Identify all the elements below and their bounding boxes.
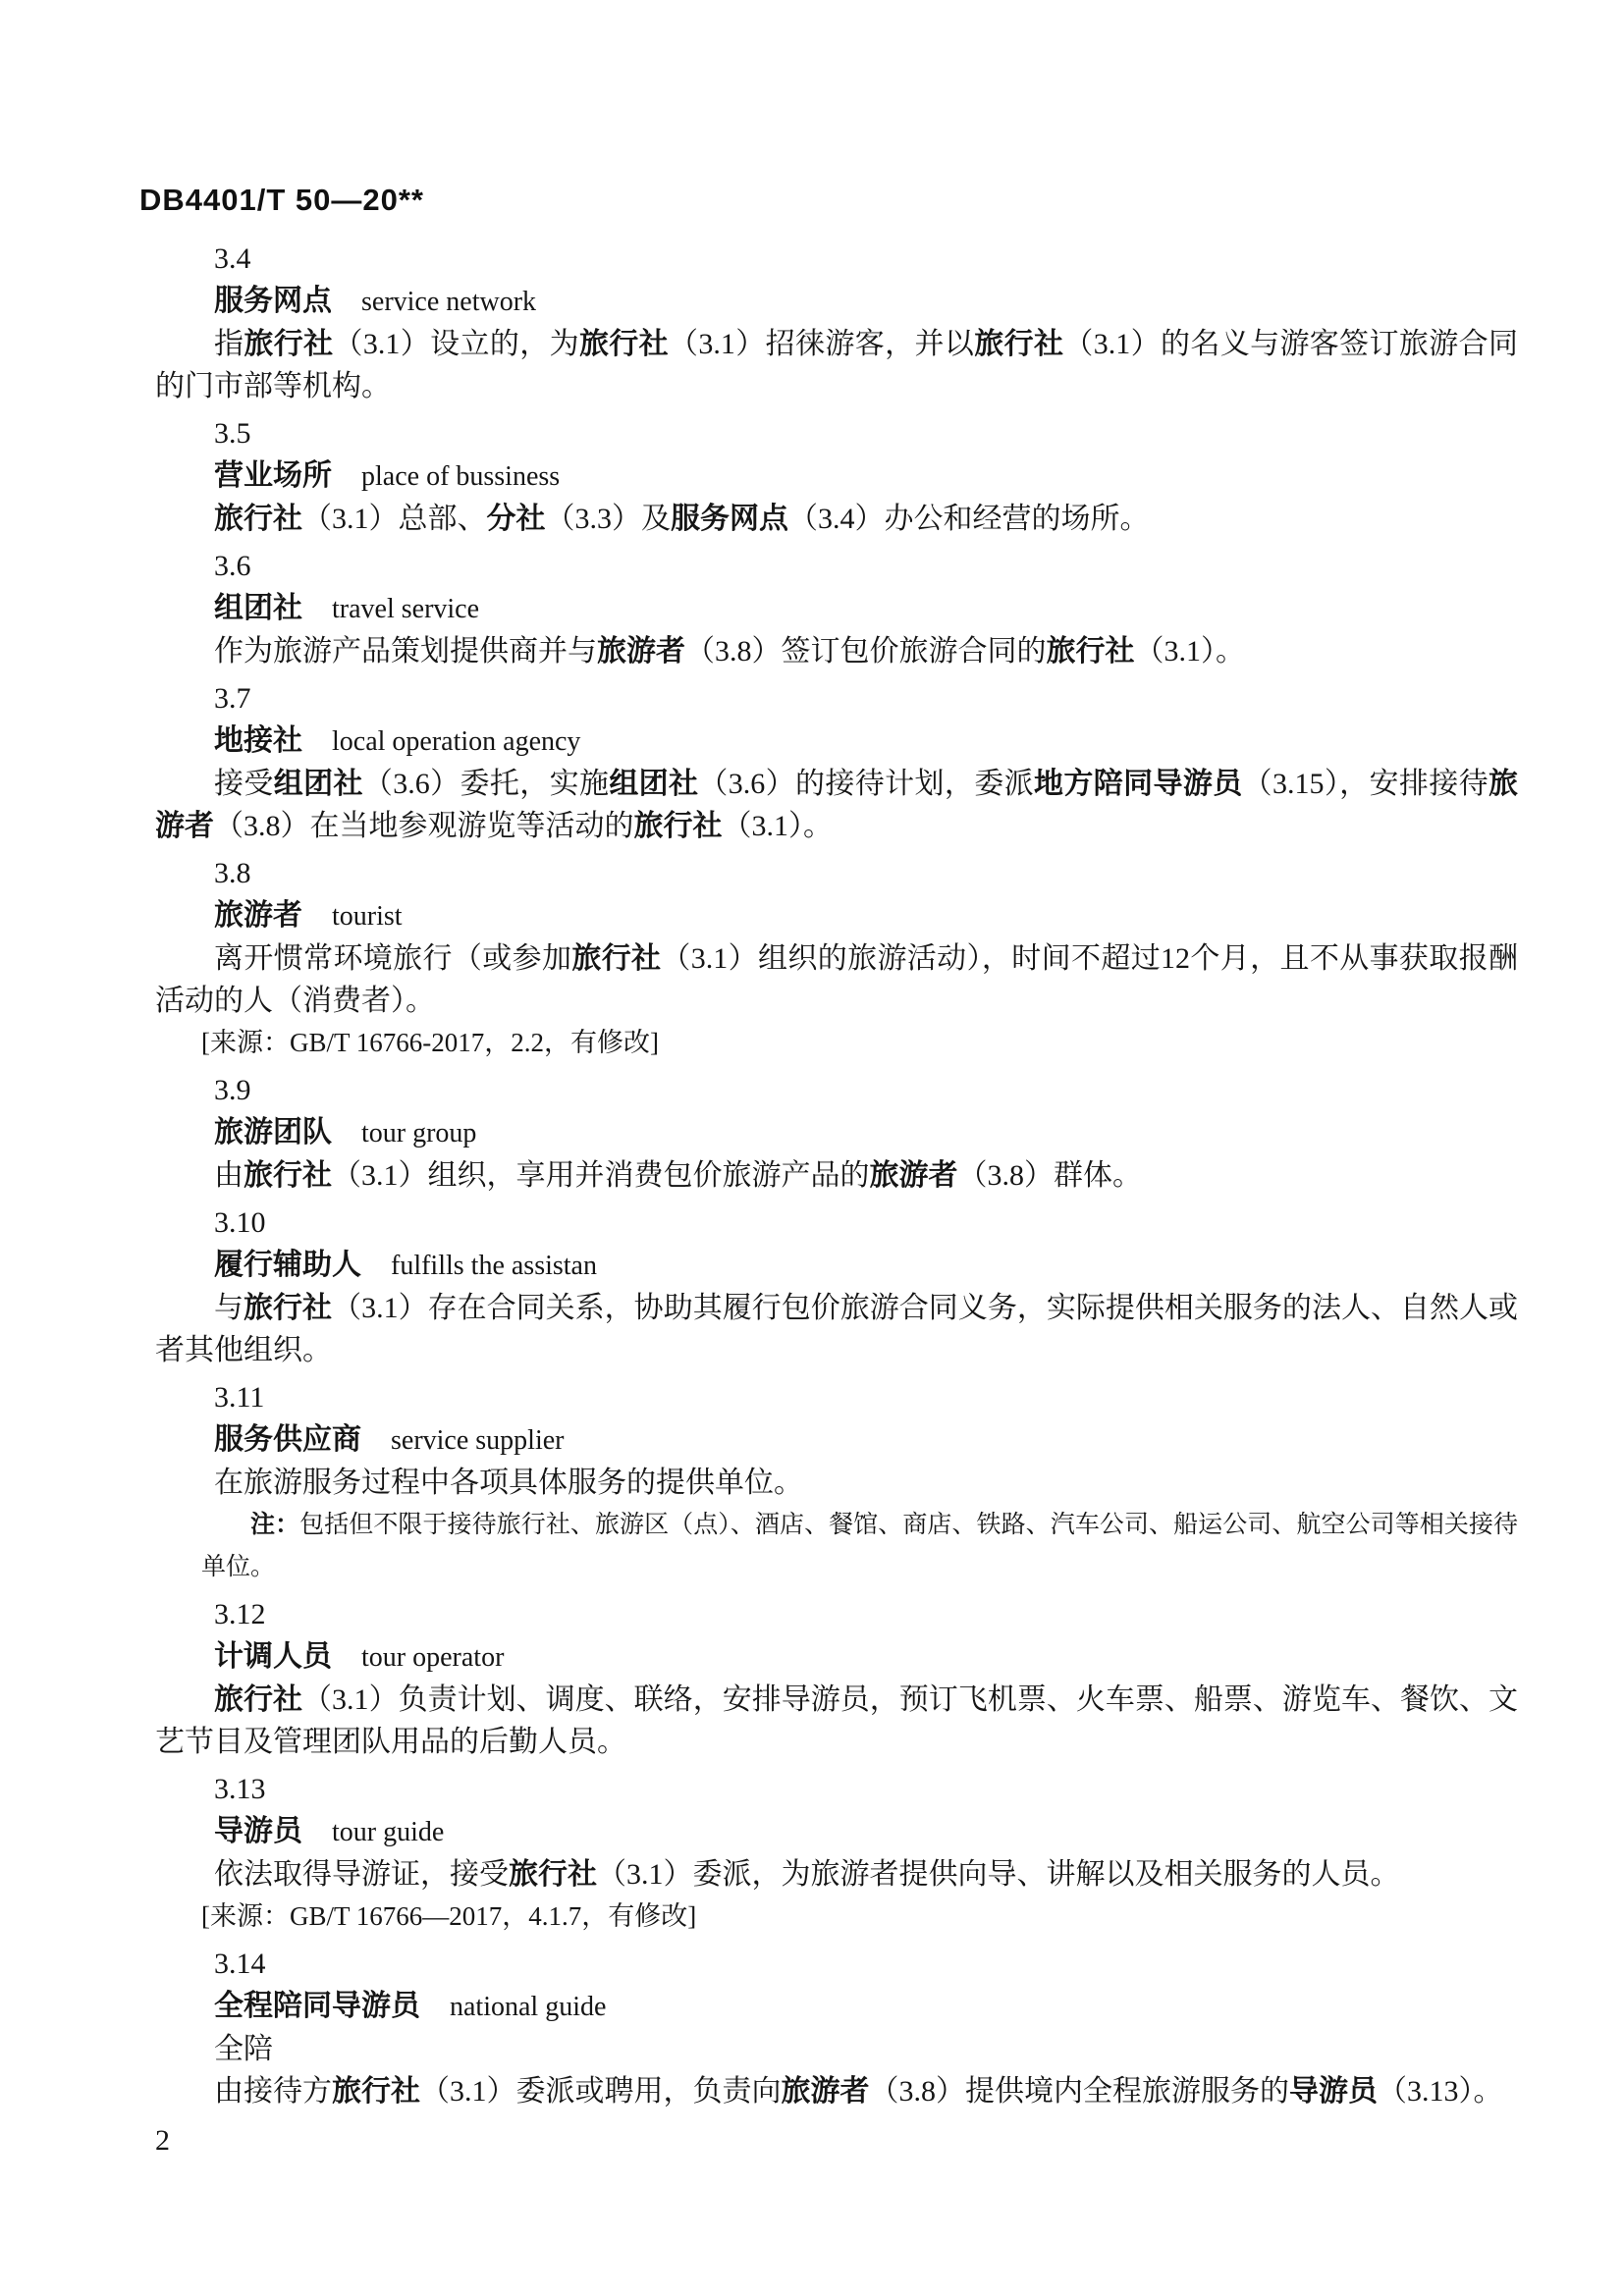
term-cn: 旅游者: [214, 899, 302, 932]
term-cn: 履行辅助人: [214, 1249, 361, 1281]
term-cn: 旅游团队: [214, 1116, 332, 1148]
term-line: 履行辅助人fulfills the assistan: [214, 1244, 1518, 1287]
term-en: travel service: [332, 594, 479, 624]
note: 注：包括但不限于接待旅行社、旅游区（点）、酒店、餐馆、商店、铁路、汽车公司、船运…: [201, 1504, 1518, 1588]
term-line: 服务供应商service supplier: [214, 1418, 1518, 1462]
term-en: service supplier: [391, 1425, 565, 1456]
definition: 接受组团社（3.6）委托，实施组团社（3.6）的接待计划，委派地方陪同导游员（3…: [155, 763, 1518, 847]
definition: 离开惯常环境旅行（或参加旅行社（3.1）组织的旅游活动），时间不超过12个月，且…: [155, 937, 1518, 1022]
term-line: 旅游者tourist: [214, 894, 1518, 937]
definition: 与旅行社（3.1）存在合同关系，协助其履行包价旅游合同义务，实际提供相关服务的法…: [155, 1287, 1518, 1371]
term-line: 组团社travel service: [214, 587, 1518, 630]
term-section: 3.13 导游员tour guide 依法取得导游证，接受旅行社（3.1）委派，…: [155, 1768, 1518, 1938]
section-number: 3.6: [214, 545, 1518, 587]
term-section: 3.4 服务网点service network 指旅行社（3.1）设立的，为旅行…: [155, 238, 1518, 407]
term-line: 地接社local operation agency: [214, 720, 1518, 763]
term-section: 3.11 服务供应商service supplier 在旅游服务过程中各项具体服…: [155, 1376, 1518, 1588]
term-line: 全程陪同导游员national guide: [214, 1985, 1518, 2028]
section-number: 3.12: [214, 1593, 1518, 1635]
note-label: 注：: [250, 1512, 299, 1538]
term-line: 服务网点service network: [214, 280, 1518, 323]
section-number: 3.13: [214, 1768, 1518, 1810]
section-number: 3.8: [214, 852, 1518, 894]
term-cn: 地接社: [214, 724, 302, 757]
page-number: 2: [155, 2124, 1624, 2158]
terms-list: 3.4 服务网点service network 指旅行社（3.1）设立的，为旅行…: [155, 238, 1518, 2112]
term-en: tour guide: [332, 1817, 444, 1847]
term-en: national guide: [450, 1992, 606, 2022]
definition: 依法取得导游证，接受旅行社（3.1）委派，为旅游者提供向导、讲解以及相关服务的人…: [155, 1853, 1518, 1896]
term-cn: 计调人员: [214, 1640, 332, 1673]
document-code-header: DB4401/T 50—20**: [139, 0, 1624, 218]
term-section: 3.5 营业场所place of bussiness 旅行社（3.1）总部、分社…: [155, 412, 1518, 540]
term-section: 3.12 计调人员tour operator 旅行社（3.1）负责计划、调度、联…: [155, 1593, 1518, 1763]
term-cn: 导游员: [214, 1815, 302, 1847]
term-en: tour operator: [361, 1642, 504, 1673]
term-cn: 服务供应商: [214, 1423, 361, 1456]
definition: 由旅行社（3.1）组织，享用并消费包价旅游产品的旅游者（3.8）群体。: [155, 1154, 1518, 1197]
source: [来源：GB/T 16766—2017，4.1.7，有修改]: [201, 1896, 1518, 1938]
definition: 旅行社（3.1）负责计划、调度、联络，安排导游员，预订飞机票、火车票、船票、游览…: [155, 1679, 1518, 1763]
term-line: 旅游团队tour group: [214, 1111, 1518, 1154]
term-synonym: 全陪: [214, 2028, 1518, 2070]
term-line: 导游员tour guide: [214, 1810, 1518, 1853]
term-line: 计调人员tour operator: [214, 1635, 1518, 1679]
definition: 在旅游服务过程中各项具体服务的提供单位。: [155, 1462, 1518, 1504]
section-number: 3.9: [214, 1069, 1518, 1111]
source: [来源：GB/T 16766-2017，2.2，有修改]: [201, 1022, 1518, 1064]
term-en: place of bussiness: [361, 461, 560, 492]
term-en: tour group: [361, 1118, 476, 1148]
section-number: 3.11: [214, 1376, 1518, 1418]
term-section: 3.9 旅游团队tour group 由旅行社（3.1）组织，享用并消费包价旅游…: [155, 1069, 1518, 1197]
term-en: tourist: [332, 901, 403, 932]
term-section: 3.6 组团社travel service 作为旅游产品策划提供商并与旅游者（3…: [155, 545, 1518, 672]
definition: 指旅行社（3.1）设立的，为旅行社（3.1）招徕游客，并以旅行社（3.1）的名义…: [155, 323, 1518, 407]
section-number: 3.4: [214, 238, 1518, 280]
term-section: 3.8 旅游者tourist 离开惯常环境旅行（或参加旅行社（3.1）组织的旅游…: [155, 852, 1518, 1064]
term-cn: 组团社: [214, 592, 302, 624]
term-en: service network: [361, 287, 536, 317]
term-en: fulfills the assistan: [391, 1251, 597, 1281]
section-number: 3.5: [214, 412, 1518, 454]
term-cn: 营业场所: [214, 459, 332, 492]
term-cn: 全程陪同导游员: [214, 1990, 420, 2022]
term-section: 3.7 地接社local operation agency 接受组团社（3.6）…: [155, 677, 1518, 847]
definition: 作为旅游产品策划提供商并与旅游者（3.8）签订包价旅游合同的旅行社（3.1）。: [155, 630, 1518, 672]
term-cn: 服务网点: [214, 285, 332, 317]
term-en: local operation agency: [332, 726, 580, 757]
section-number: 3.7: [214, 677, 1518, 720]
definition: 由接待方旅行社（3.1）委派或聘用，负责向旅游者（3.8）提供境内全程旅游服务的…: [155, 2070, 1518, 2112]
document-page: DB4401/T 50—20** 3.4 服务网点service network…: [0, 0, 1624, 2296]
section-number: 3.14: [214, 1943, 1518, 1985]
section-number: 3.10: [214, 1201, 1518, 1244]
term-line: 营业场所place of bussiness: [214, 454, 1518, 498]
definition: 旅行社（3.1）总部、分社（3.3）及服务网点（3.4）办公和经营的场所。: [155, 498, 1518, 540]
note-text: 包括但不限于接待旅行社、旅游区（点）、酒店、餐馆、商店、铁路、汽车公司、船运公司…: [201, 1512, 1518, 1580]
term-section: 3.14 全程陪同导游员national guide 全陪 由接待方旅行社（3.…: [155, 1943, 1518, 2112]
term-section: 3.10 履行辅助人fulfills the assistan 与旅行社（3.1…: [155, 1201, 1518, 1371]
